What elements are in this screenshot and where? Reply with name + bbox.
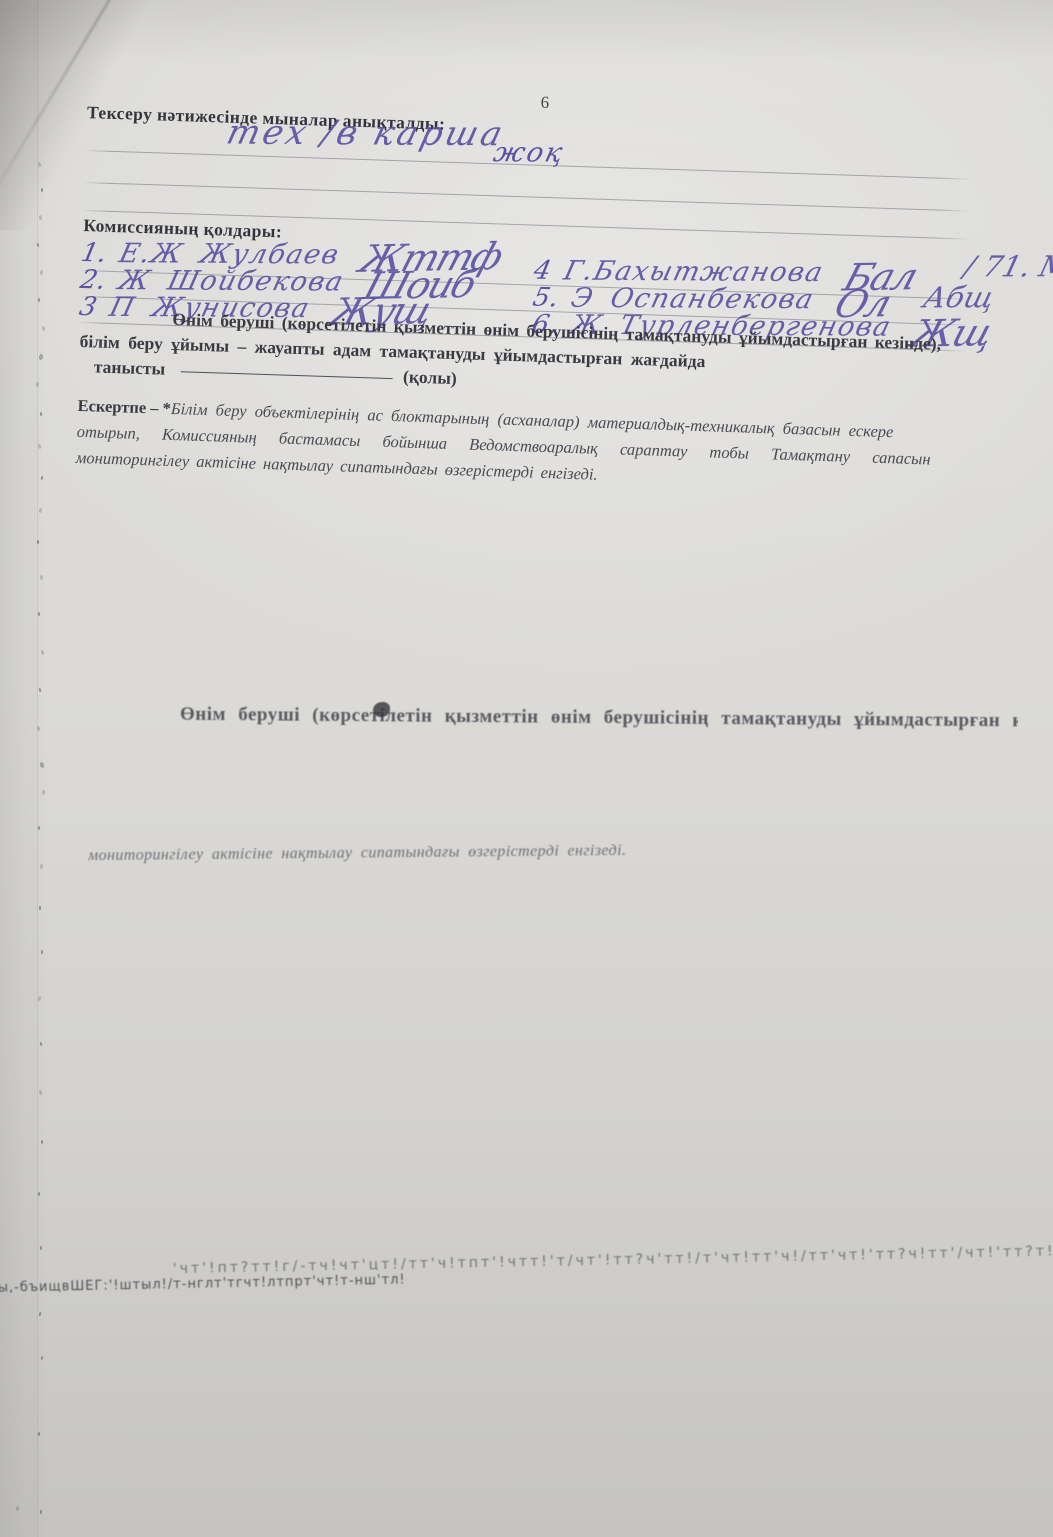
ink-speck [38, 612, 41, 616]
handwritten-finding: тех /в карша [223, 113, 509, 154]
signatory-number: 3 [77, 292, 100, 322]
ink-speck [39, 1042, 42, 1046]
ink-speck [41, 950, 44, 954]
ink-speck [39, 508, 43, 513]
ink-speck [41, 1140, 43, 1144]
ruled-line [82, 182, 972, 212]
ink-speck [38, 826, 40, 830]
ink-speck [38, 298, 40, 302]
ink-speck [39, 688, 42, 692]
page-number: 6 [540, 93, 550, 113]
ink-speck [40, 575, 43, 580]
ink-speck [37, 540, 39, 544]
ink-speck [37, 444, 41, 450]
ink-blot [373, 702, 390, 717]
ink-speck [41, 326, 45, 332]
bleedthrough-line: Өнім беруші (көрсетілетін қызметтін өнім… [180, 703, 1018, 737]
ink-speck [39, 215, 42, 220]
ink-speck [38, 1432, 41, 1436]
handwritten-finding-2: жоқ [490, 137, 567, 168]
ink-speck [38, 1192, 41, 1196]
smudge-fragment: 'чт'!пт?тт!г/-тч!чт'цт!/тт'ч!тпт'!чтт!'т… [173, 1243, 1053, 1274]
ink-speck [40, 1510, 43, 1514]
ink-speck [40, 270, 44, 275]
ink-speck [38, 354, 43, 361]
ink-speck [40, 1356, 43, 1360]
signature-underline [181, 371, 393, 379]
ink-speck [36, 726, 40, 732]
smudge-fragment: ны,-бъищвШЕГ:'!штыл!/т-нглт'тгчт!лтпрт'ч… [0, 1269, 563, 1295]
ink-speck [36, 382, 39, 387]
ink-speck [39, 906, 41, 910]
ink-speck [40, 412, 43, 416]
ink-speck [39, 1090, 43, 1095]
ink-speck [41, 188, 44, 192]
ink-speck [41, 650, 45, 655]
ink-speck [16, 1506, 20, 1511]
vertical-fold [37, 0, 38, 1537]
signature-caption: (қолы) [403, 366, 457, 388]
bleedthrough-line: мониторингілеу актісіне нақтылау сипатын… [88, 843, 733, 871]
ink-speck [40, 476, 43, 480]
ink-speck [42, 790, 46, 795]
ink-speck [40, 864, 43, 869]
acknowledge-label: танысты [94, 356, 166, 378]
printed-content: 6 Тексеру нәтижесінде мыналар анықталды:… [85, 84, 1010, 114]
ink-speck [37, 162, 41, 168]
signature-extra-note: / 71. Мусин [961, 249, 1053, 283]
ink-speck [39, 762, 45, 769]
ink-speck [39, 1312, 42, 1316]
signature-extra-note: Абщ [920, 280, 998, 314]
smudged-text-line: 'чт'!пт?тт!г/-тч!чт'цт!/тт'ч!тпт'!чтт!'т… [0, 1235, 1053, 1307]
scanned-document-page: 6 Тексеру нәтижесінде мыналар анықталды:… [0, 0, 1053, 1537]
ink-speck [40, 1246, 43, 1250]
ink-speck [37, 996, 41, 1002]
note-label: Ескертпе – * [77, 396, 171, 418]
ink-speck [36, 243, 39, 247]
